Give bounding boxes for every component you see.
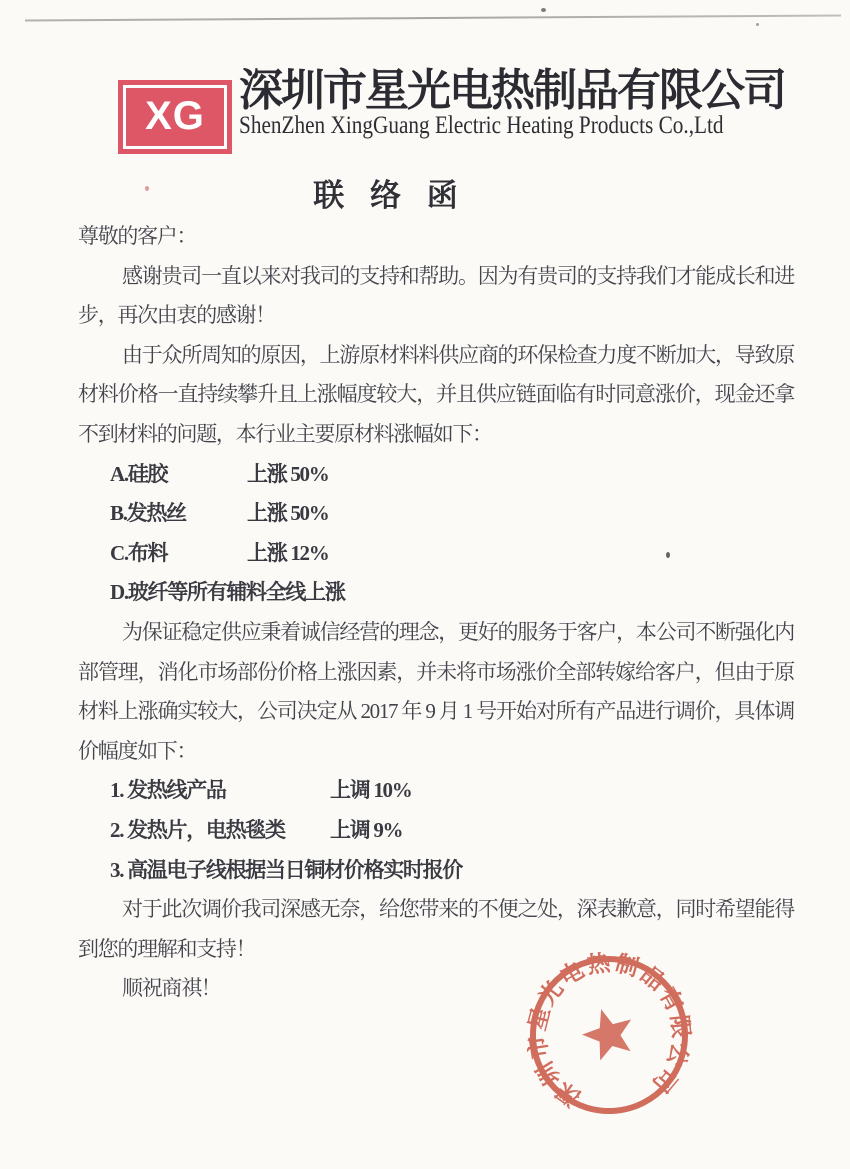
letter-title: 联 络 函 xyxy=(0,170,780,215)
scan-speck xyxy=(541,8,546,12)
list-item: 3. 高温电子线根据当日铜材价格实时报价 xyxy=(110,851,794,891)
material-label: B.发热丝 xyxy=(110,494,247,534)
company-name-cn: 深圳市星光电热制品有限公司 xyxy=(239,68,799,115)
adjustment-value: 上调 10% xyxy=(330,778,411,802)
price-adjustment-list: 1. 发热线产品上调 10% 2. 发热片，电热毯类上调 9% 3. 高温电子线… xyxy=(110,771,794,890)
material-label: C.布料 xyxy=(110,534,247,574)
list-item: B.发热丝上涨 50% xyxy=(110,494,794,534)
company-logo: XG xyxy=(118,80,232,154)
letterhead-text: 深圳市星光电热制品有限公司 ShenZhen XingGuang Electri… xyxy=(239,68,799,140)
scan-speck xyxy=(756,23,759,26)
scan-artifact-line xyxy=(25,15,841,22)
material-value: 上涨 12% xyxy=(247,541,328,565)
list-item: A.硅胶上涨 50% xyxy=(110,455,794,495)
logo-frame: XG xyxy=(123,85,227,149)
paragraph-policy: 为保证稳定供应秉着诚信经营的理念，更好的服务于客户，本公司不断强化内部管理，消化… xyxy=(78,613,794,771)
company-seal: 深圳市星光电热制品有限公司 xyxy=(511,937,706,1132)
material-label: A.硅胶 xyxy=(110,455,247,495)
adjustment-label: 3. 高温电子线根据当日铜材价格实时报价 xyxy=(110,851,462,891)
list-item: 1. 发热线产品上调 10% xyxy=(110,771,794,811)
material-label: D.玻纤等所有辅料全线上涨 xyxy=(110,573,345,613)
paragraph-reason: 由于众所周知的原因，上游原材料料供应商的环保检查力度不断加大，导致原材料价格一直… xyxy=(78,336,794,455)
letter-body: 尊敬的客户： 感谢贵司一直以来对我司的支持和帮助。因为有贵司的支持我们才能成长和… xyxy=(78,217,794,1009)
logo-text: XG xyxy=(145,96,205,139)
paragraph-thanks: 感谢贵司一直以来对我司的支持和帮助。因为有贵司的支持我们才能成长和进步，再次由衷… xyxy=(78,257,794,336)
salutation: 尊敬的客户： xyxy=(78,217,794,257)
adjustment-label: 2. 发热片，电热毯类 xyxy=(110,811,330,851)
material-value: 上涨 50% xyxy=(247,501,328,525)
list-item: 2. 发热片，电热毯类上调 9% xyxy=(110,811,794,851)
adjustment-label: 1. 发热线产品 xyxy=(110,771,330,811)
adjustment-value: 上调 9% xyxy=(330,818,402,842)
material-value: 上涨 50% xyxy=(247,462,328,486)
company-name-en: ShenZhen XingGuang Electric Heating Prod… xyxy=(239,112,724,140)
list-item: D.玻纤等所有辅料全线上涨 xyxy=(110,573,794,613)
scanned-letter-page: XG 深圳市星光电热制品有限公司 ShenZhen XingGuang Elec… xyxy=(0,0,850,1169)
list-item: C.布料上涨 12% xyxy=(110,534,794,574)
star-icon xyxy=(577,1002,640,1064)
material-increase-list: A.硅胶上涨 50% B.发热丝上涨 50% C.布料上涨 12% D.玻纤等所… xyxy=(110,455,794,613)
